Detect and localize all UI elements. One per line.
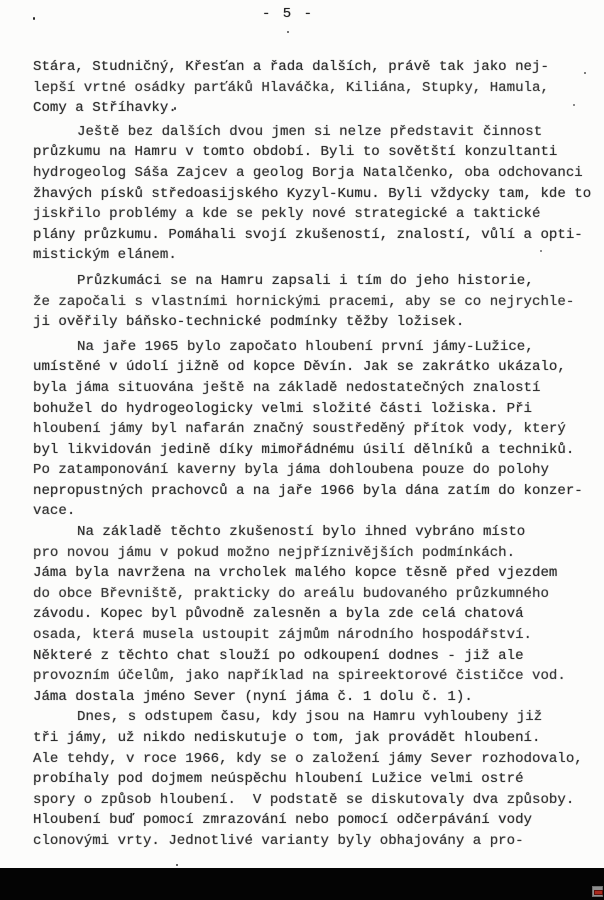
text-line: vace.	[33, 501, 599, 522]
text-line: hydrogeolog Sáša Zajcev a geolog Borja N…	[33, 163, 599, 184]
text-line: byl likvidován jedině díky mimořádnému ú…	[33, 440, 599, 461]
scanned-document-page: - 5 - Stára, Studničný, Křesťan a řada d…	[0, 0, 604, 900]
text-line: Některé z těchto chat slouží po odkoupen…	[33, 646, 599, 667]
text-line: Hloubení buď pomocí zmrazování nebo pomo…	[33, 810, 599, 831]
paragraph: Na základě těchto zkušeností bylo ihned …	[33, 522, 599, 707]
text-line: Stára, Studničný, Křesťan a řada dalších…	[33, 57, 599, 78]
paragraph: Stára, Studničný, Křesťan a řada dalších…	[33, 57, 599, 119]
scan-speck	[584, 72, 586, 74]
paragraph: Ještě bez dalších dvou jmen si nelze pře…	[33, 122, 599, 266]
scan-speck	[573, 104, 575, 106]
text-line: plány průzkumu. Pomáhali svojí zkušenost…	[33, 225, 599, 246]
text-line: tři jámy, už nikdo nediskutuje o tom, ja…	[33, 728, 599, 749]
text-line: ji ověřily báňsko-technické podmínky těž…	[33, 312, 599, 333]
text-line: spory o způsob hloubení. V podstatě se d…	[33, 790, 599, 811]
scan-speck	[33, 17, 35, 20]
broken-image-icon-bar	[594, 890, 603, 895]
text-line: Jáma byla navržena na vrcholek malého ko…	[33, 563, 599, 584]
paragraph: Průzkumáci se na Hamru zapsali i tím do …	[33, 271, 599, 333]
text-line: Ještě bez dalších dvou jmen si nelze pře…	[33, 122, 599, 143]
text-line: Jáma dostala jméno Sever (nyní jáma č. 1…	[33, 687, 599, 708]
text-line: průzkumu na Hamru v tomto období. Byli t…	[33, 142, 599, 163]
text-line: nepropustných prachovců a na jaře 1966 b…	[33, 481, 599, 502]
text-line: Na základě těchto zkušeností bylo ihned …	[33, 522, 599, 543]
broken-image-icon	[592, 886, 603, 897]
text-line: Průzkumáci se na Hamru zapsali i tím do …	[33, 271, 599, 292]
text-body: Stára, Studničný, Křesťan a řada dalších…	[33, 57, 599, 852]
text-line: do obce Břevniště, prakticky do areálu b…	[33, 584, 599, 605]
text-line: lepší vrtné osádky parťáků Hlaváčka, Kil…	[33, 78, 599, 99]
text-line: osada, která musela ustoupit zájmům náro…	[33, 625, 599, 646]
text-line: Na jaře 1965 bylo započato hloubení prvn…	[33, 337, 599, 358]
text-line: clonovými vrty. Jednotlivé varianty byly…	[33, 831, 599, 852]
text-line: bohužel do hydrogeologicky velmi složité…	[33, 399, 599, 420]
text-line: provozním účelům, jako například na spir…	[33, 666, 599, 687]
text-line: Ale tehdy, v roce 1966, kdy se o založen…	[33, 749, 599, 770]
text-line: závodu. Kopec byl původně zalesněn a byl…	[33, 604, 599, 625]
scan-speck	[540, 250, 542, 252]
page-number: - 5 -	[0, 6, 576, 22]
text-line: že započali s vlastními hornickými prace…	[33, 292, 599, 313]
scan-speck	[176, 864, 178, 866]
text-line: pro novou jámu v pokud možno nejpříznivě…	[33, 543, 599, 564]
text-line: Po zatamponování kaverny byla jáma dohlo…	[33, 460, 599, 481]
paragraph: Na jaře 1965 bylo započato hloubení prvn…	[33, 337, 599, 522]
text-line: Comy a Stříhavky.	[33, 98, 599, 119]
text-line: umístěné v údolí jižně od kopce Děvín. J…	[33, 357, 599, 378]
text-line: žhavých písků středoasijského Kyzyl-Kumu…	[33, 184, 599, 205]
text-line: jiskřilo problémy a kde se pekly nové st…	[33, 204, 599, 225]
scan-black-bar	[0, 868, 604, 900]
text-line: hloubení jámy byl nafarán značný soustře…	[33, 419, 599, 440]
scan-speck	[174, 107, 176, 110]
text-line: mistickým elánem.	[33, 245, 599, 266]
scan-speck	[287, 31, 289, 33]
text-line: probíhaly pod dojmem neúspěchu hloubení …	[33, 769, 599, 790]
text-line: Dnes, s odstupem času, kdy jsou na Hamru…	[33, 707, 599, 728]
paragraph: Dnes, s odstupem času, kdy jsou na Hamru…	[33, 707, 599, 851]
text-line: byla jáma situována ještě na základě ned…	[33, 378, 599, 399]
